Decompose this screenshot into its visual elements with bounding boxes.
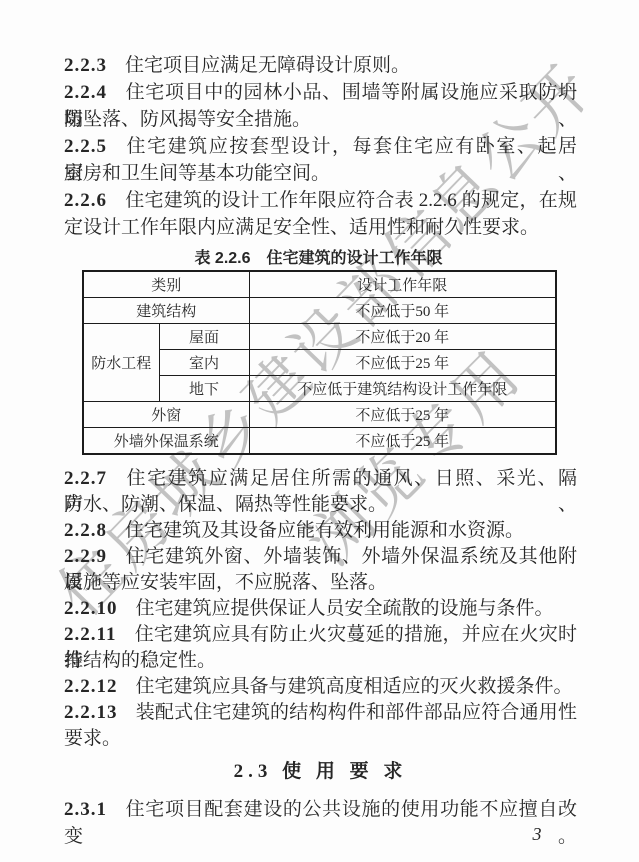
clause-line: 2.2.13装配式住宅建筑的结构构件和部件部品应符合通用性 — [64, 700, 577, 726]
clause-line: 2.2.12住宅建筑应具备与建筑高度相适应的灭火救援条件。 — [64, 674, 577, 700]
clauses-bottom: 2.2.7住宅建筑应满足居住所需的通风、日照、采光、隔声、 防水、防潮、保温、隔… — [64, 466, 577, 752]
cell-window: 外窗 — [83, 402, 249, 428]
cell-structure-value: 不应低于50 年 — [249, 298, 556, 324]
clause-text: 持结构的稳定性。 — [64, 650, 216, 671]
table-row: 外窗 不应低于25 年 — [83, 402, 556, 428]
clause-line: 2.2.6住宅建筑的设计工作年限应符合表 2.2.6 的规定，在规 — [64, 187, 577, 214]
clause-line: 2.2.3住宅项目应满足无障碍设计原则。 — [64, 52, 577, 79]
table-row: 防水工程 屋面 不应低于20 年 — [83, 324, 556, 350]
clause-text: 定设计工作年限内应满足安全性、适用性和耐久性要求。 — [64, 217, 539, 238]
clause-number: 2.2.7 — [64, 468, 107, 489]
clause-line: 设施等应安装牢固，不应脱落、坠落。 — [64, 570, 577, 596]
clause-line: 2.2.4住宅项目中的园林小品、围墙等附属设施应采取防坍塌、 — [64, 79, 577, 106]
clause-number: 2.2.11 — [64, 624, 116, 645]
document-page: 住房城乡建设部信息公开 浏览专用 2.2.3住宅项目应满足无障碍设计原则。 2.… — [0, 0, 639, 862]
clause-number: 2.3.1 — [64, 799, 107, 820]
clause-text: 住宅建筑应具备与建筑高度相适应的灭火救援条件。 — [136, 676, 573, 697]
design-life-table: 类别 设计工作年限 建筑结构 不应低于50 年 防水工程 屋面 不应低于20 年… — [82, 270, 557, 455]
clause-text: 装配式住宅建筑的结构构件和部件部品应符合通用性 — [136, 702, 578, 723]
clause-text: 厨房和卫生间等基本功能空间。 — [64, 163, 330, 184]
table-row: 外墙外保温系统 不应低于25 年 — [83, 428, 556, 455]
clause-line: 持结构的稳定性。 — [64, 648, 577, 674]
cell-indoor: 室内 — [159, 350, 249, 376]
page-number: 3 — [522, 824, 552, 845]
cell-structure: 建筑结构 — [83, 298, 249, 324]
clause-text: 要求。 — [64, 728, 121, 749]
cell-indoor-value: 不应低于25 年 — [249, 350, 556, 376]
cell-header-category: 类别 — [83, 271, 249, 298]
clause-number: 2.2.3 — [64, 55, 107, 76]
clause-line: 2.2.7住宅建筑应满足居住所需的通风、日照、采光、隔声、 — [64, 466, 577, 492]
cell-roof: 屋面 — [159, 324, 249, 350]
clause-text: 住宅项目配套建设的公共设施的使用功能不应擅自改变。 — [64, 799, 577, 847]
clauses-top: 2.2.3住宅项目应满足无障碍设计原则。 2.2.4住宅项目中的园林小品、围墙等… — [64, 52, 577, 241]
clause-line: 定设计工作年限内应满足安全性、适用性和耐久性要求。 — [64, 214, 577, 241]
clause-number: 2.2.5 — [64, 136, 107, 157]
cell-insulation-value: 不应低于25 年 — [249, 428, 556, 455]
clause-line: 2.2.8住宅建筑及其设备应能有效利用能源和水资源。 — [64, 518, 577, 544]
section-heading: 2.3 使 用 要 求 — [64, 756, 577, 783]
table-caption: 表 2.2.6 住宅建筑的设计工作年限 — [82, 245, 555, 268]
cell-insulation: 外墙外保温系统 — [83, 428, 249, 455]
clause-text: 住宅项目应满足无障碍设计原则。 — [125, 55, 410, 76]
clause-231-wrap: 2.3.1住宅项目配套建设的公共设施的使用功能不应擅自改变。 — [64, 796, 577, 823]
clause-line: 2.2.11住宅建筑应具有防止火灾蔓延的措施，并应在火灾时维 — [64, 622, 577, 648]
clause-number: 2.2.13 — [64, 702, 118, 723]
cell-waterproof-group: 防水工程 — [83, 324, 159, 402]
clause-text: 住宅建筑的设计工作年限应符合表 2.2.6 的规定，在规 — [125, 190, 577, 211]
table-row: 建筑结构 不应低于50 年 — [83, 298, 556, 324]
table-row: 类别 设计工作年限 — [83, 271, 556, 298]
clause-text: 住宅建筑及其设备应能有效利用能源和水资源。 — [125, 520, 524, 541]
clause-text: 防水、防潮、保温、隔热等性能要求。 — [64, 494, 387, 515]
cell-underground: 地下 — [159, 376, 249, 402]
cell-header-value: 设计工作年限 — [249, 271, 556, 298]
clause-number: 2.2.10 — [64, 598, 118, 619]
clause-text: 住宅建筑应提供保证人员安全疏散的设施与条件。 — [136, 598, 554, 619]
clause-line: 2.3.1住宅项目配套建设的公共设施的使用功能不应擅自改变。 — [64, 796, 577, 823]
clause-line: 要求。 — [64, 726, 577, 752]
clause-text: 设施等应安装牢固，不应脱落、坠落。 — [64, 572, 387, 593]
clause-text: 防坠落、防风揭等安全措施。 — [64, 109, 311, 130]
clause-line: 2.2.10住宅建筑应提供保证人员安全疏散的设施与条件。 — [64, 596, 577, 622]
cell-window-value: 不应低于25 年 — [249, 402, 556, 428]
clause-number: 2.2.6 — [64, 190, 107, 211]
design-life-table-wrap: 类别 设计工作年限 建筑结构 不应低于50 年 防水工程 屋面 不应低于20 年… — [82, 270, 557, 455]
cell-roof-value: 不应低于20 年 — [249, 324, 556, 350]
cell-underground-value: 不应低于建筑结构设计工作年限 — [249, 376, 556, 402]
clause-number: 2.2.12 — [64, 676, 118, 697]
clause-number: 2.2.8 — [64, 520, 107, 541]
clause-line: 2.2.9住宅建筑外窗、外墙装饰、外墙外保温系统及其他附属 — [64, 544, 577, 570]
clause-number: 2.2.9 — [64, 546, 107, 567]
clause-line: 2.2.5住宅建筑应按套型设计，每套住宅应有卧室、起居室、 — [64, 133, 577, 160]
clause-number: 2.2.4 — [64, 82, 107, 103]
